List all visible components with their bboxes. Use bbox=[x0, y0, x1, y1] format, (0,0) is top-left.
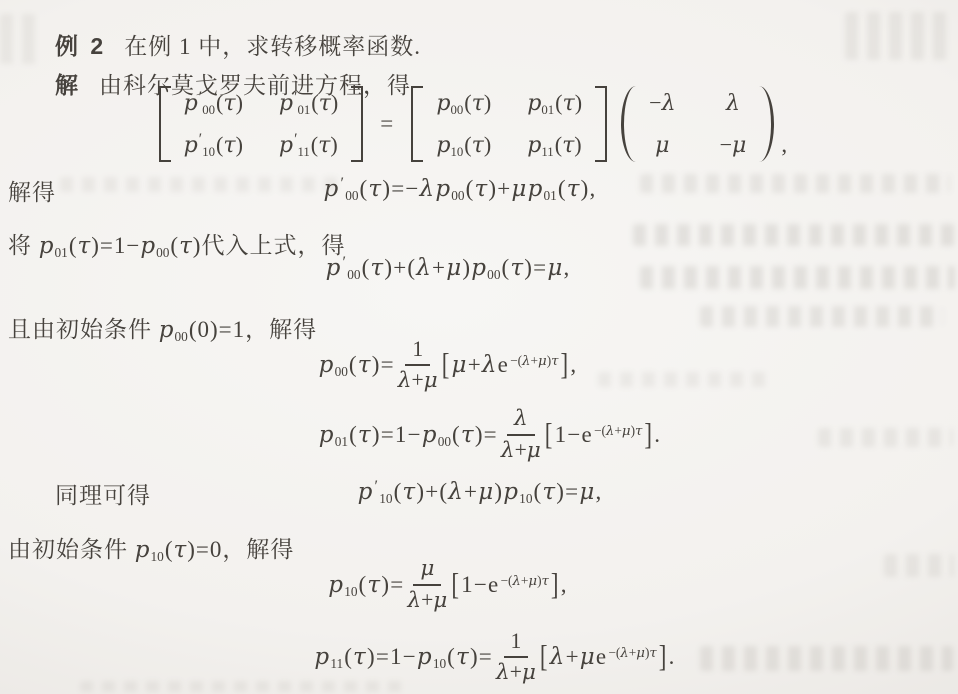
math-variable: μ bbox=[478, 479, 494, 505]
fraction-numerator: μ bbox=[413, 556, 441, 586]
math-text: ( bbox=[349, 422, 358, 447]
math-variable: τ bbox=[223, 133, 235, 158]
subscript: 00 bbox=[438, 434, 451, 449]
math-variable: λ bbox=[662, 91, 676, 116]
math-variable: τ bbox=[367, 572, 381, 598]
eq-ode-p00: p′00(τ)+(λ+μ)p00(τ)=μ, bbox=[0, 250, 927, 286]
math-variable: p bbox=[326, 255, 342, 281]
bracket: ] bbox=[561, 347, 570, 382]
subscript: 11 bbox=[541, 145, 553, 159]
math-variable: p bbox=[436, 133, 450, 158]
bracket: ] bbox=[659, 639, 668, 674]
math-text: ) bbox=[494, 479, 503, 504]
math-text: ( bbox=[555, 90, 562, 115]
subscript: 01 bbox=[297, 103, 310, 117]
math-variable: p bbox=[279, 133, 293, 158]
math-variable: τ bbox=[649, 646, 656, 661]
math-variable: p bbox=[328, 572, 344, 598]
eq-p00-solution: p00(τ)=1λ+μ[μ+λe−(λ+μ)τ], bbox=[0, 336, 927, 394]
superscript: −(λ+μ)τ bbox=[608, 645, 656, 660]
math-variable: λ bbox=[407, 588, 421, 613]
math-run: = bbox=[380, 111, 394, 137]
matrix: −λλμ−μ bbox=[621, 86, 774, 162]
subscript: 10 bbox=[202, 145, 215, 159]
fraction-numerator: 1 bbox=[405, 337, 430, 366]
math-variable: τ bbox=[563, 91, 575, 116]
math-variable: μ bbox=[420, 556, 434, 581]
math-text: , bbox=[570, 352, 577, 377]
math-variable: p bbox=[503, 479, 519, 505]
superscript: −(λ+μ)τ bbox=[500, 573, 548, 588]
math-text: + bbox=[515, 438, 527, 462]
matrix-cell: μ bbox=[655, 132, 669, 158]
similarly-label: 同理可得 bbox=[55, 477, 151, 510]
bracket: ] bbox=[551, 567, 560, 602]
math-variable: p bbox=[527, 133, 541, 158]
math-variable: τ bbox=[319, 91, 331, 116]
math-text: 1−e bbox=[461, 572, 499, 597]
eq-p11-solution: p11(τ)=1−p10(τ)=1λ+μ[λ+μe−(λ+μ)τ]. bbox=[16, 628, 958, 686]
math-text: ( bbox=[558, 176, 567, 201]
prime-mark: ′ bbox=[375, 478, 380, 495]
math-variable: λ bbox=[514, 406, 528, 431]
math-variable: λ bbox=[416, 255, 432, 281]
math-run: , bbox=[781, 132, 788, 166]
math-text: ( bbox=[447, 644, 456, 669]
bracket: [ bbox=[540, 639, 549, 674]
math-text: , bbox=[595, 479, 602, 504]
eq-p10-solution: p10(τ)=μλ+μ[1−e−(λ+μ)τ], bbox=[0, 556, 927, 614]
math-text: ( bbox=[452, 422, 461, 447]
subscript: 10 bbox=[433, 656, 446, 671]
math-text: )= bbox=[470, 644, 493, 669]
fraction-denominator: λ+μ bbox=[407, 586, 447, 614]
math-text: . bbox=[669, 644, 676, 669]
math-text: ) bbox=[575, 90, 582, 115]
math-text: + bbox=[531, 353, 539, 368]
kolmogorov-matrix-equation: p′00(τ)p′01(τ)p′10(τ)p′11(τ)=p00(τ)p01(τ… bbox=[0, 82, 949, 166]
math-variable: λ bbox=[496, 660, 510, 685]
bracket: ] bbox=[644, 417, 653, 452]
math-text: )=− bbox=[382, 176, 419, 201]
bracket: [ bbox=[451, 567, 460, 602]
math-text: )+( bbox=[384, 255, 416, 280]
math-variable: τ bbox=[456, 644, 470, 670]
subscript: 00 bbox=[202, 103, 215, 117]
math-text: + bbox=[510, 660, 522, 684]
math-run: p10(τ)= bbox=[328, 572, 404, 598]
bleedthrough-smudge bbox=[700, 306, 943, 327]
subscript: 10 bbox=[379, 491, 392, 506]
math-variable: p bbox=[319, 352, 335, 378]
math-text: ) bbox=[484, 90, 491, 115]
math-variable: λ bbox=[420, 176, 436, 202]
math-variable: p bbox=[471, 255, 487, 281]
matrix-right-bracket bbox=[759, 86, 774, 162]
math-text: ( bbox=[533, 479, 542, 504]
math-text: ) bbox=[574, 132, 581, 157]
math-run: p′00(τ)+(λ+μ)p00(τ)=μ, bbox=[326, 255, 571, 281]
math-variable: μ bbox=[622, 424, 631, 439]
math-variable: p bbox=[358, 479, 374, 505]
math-text: , bbox=[781, 132, 788, 157]
math-run: [λ+μe−(λ+μ)τ]. bbox=[539, 644, 676, 670]
matrix-grid: p′00(τ)p′01(τ)p′10(τ)p′11(τ) bbox=[171, 86, 352, 162]
math-variable: μ bbox=[528, 574, 537, 589]
math-variable: p bbox=[184, 133, 198, 158]
math-variable: τ bbox=[461, 422, 475, 448]
matrix-cell: p′00(τ) bbox=[184, 90, 243, 116]
math-variable: τ bbox=[474, 176, 488, 202]
math-variable: τ bbox=[472, 91, 484, 116]
matrix-cell: p10(τ) bbox=[436, 132, 491, 158]
eq-p00-derivative: p′00(τ)=−λp00(τ)+μp01(τ), bbox=[324, 176, 597, 202]
bleedthrough-smudge bbox=[845, 12, 950, 60]
fraction-denominator: λ+μ bbox=[398, 366, 438, 394]
math-text: −( bbox=[510, 353, 522, 368]
math-text: e bbox=[596, 644, 607, 669]
matrix-cell: p′01(τ) bbox=[279, 90, 338, 116]
math-variable: μ bbox=[636, 646, 645, 661]
matrix-cell: p′11(τ) bbox=[279, 132, 338, 158]
math-text: −( bbox=[500, 573, 512, 588]
math-variable: μ bbox=[547, 255, 563, 281]
solve-row-1-label: 解得 bbox=[8, 174, 56, 207]
matrix-cell: p′10(τ) bbox=[184, 132, 243, 158]
math-variable: p bbox=[435, 176, 451, 202]
math-text: 1−e bbox=[555, 422, 593, 447]
subscript: 10 bbox=[344, 584, 357, 599]
math-text: ( bbox=[311, 90, 318, 115]
math-text: ) bbox=[236, 132, 243, 157]
math-text: e bbox=[498, 352, 509, 377]
prime-mark: ′ bbox=[340, 175, 345, 192]
math-variable: μ bbox=[511, 176, 527, 202]
fraction-numerator: 1 bbox=[504, 629, 529, 658]
math-variable: μ bbox=[446, 255, 462, 281]
math-variable: p bbox=[527, 91, 541, 116]
math-variable: λ bbox=[620, 646, 628, 661]
math-variable: λ bbox=[448, 479, 464, 505]
math-text: 1 bbox=[511, 629, 522, 653]
math-text: ( bbox=[464, 132, 471, 157]
math-text: + bbox=[614, 423, 622, 438]
math-text: )= bbox=[372, 352, 395, 377]
subscript: 00 bbox=[345, 188, 358, 203]
math-text: ) bbox=[331, 90, 338, 115]
matrix-cell: −λ bbox=[649, 90, 675, 116]
fraction: λλ+μ bbox=[501, 406, 541, 464]
math-text: − bbox=[720, 132, 732, 157]
matrix-cell: −μ bbox=[720, 132, 747, 158]
math-text: ) bbox=[484, 132, 491, 157]
math-text: − bbox=[649, 90, 661, 115]
math-variable: p bbox=[314, 644, 330, 670]
matrix-cell: λ bbox=[726, 90, 740, 116]
math-text: + bbox=[468, 352, 482, 377]
math-run: [1−e−(λ+μ)τ], bbox=[450, 572, 567, 598]
matrix-cell: p00(τ) bbox=[436, 90, 491, 116]
math-variable: μ bbox=[580, 644, 596, 670]
math-variable: τ bbox=[370, 255, 384, 281]
math-text: −( bbox=[608, 645, 620, 660]
example-2-text: 在例 1 中，求转移概率函数. bbox=[124, 34, 421, 59]
math-text: )= bbox=[524, 255, 547, 280]
math-text: + bbox=[421, 588, 433, 612]
superscript: −(λ+μ)τ bbox=[510, 353, 558, 368]
math-variable: μ bbox=[433, 588, 447, 613]
fraction: 1λ+μ bbox=[496, 629, 536, 686]
math-variable: τ bbox=[318, 133, 330, 158]
math-variable: μ bbox=[527, 438, 541, 463]
math-text: )=1− bbox=[372, 422, 422, 447]
math-variable: λ bbox=[726, 91, 740, 116]
math-text: )+ bbox=[488, 176, 511, 201]
math-variable: p bbox=[184, 91, 198, 116]
math-text: ) bbox=[236, 90, 243, 115]
matrix-left-bracket bbox=[411, 86, 423, 162]
math-variable: μ bbox=[655, 133, 669, 158]
math-text: 1 bbox=[412, 337, 423, 361]
math-text: 在例 1 中，求转移概率函数. bbox=[124, 34, 421, 59]
example-2-heading: 例 2在例 1 中，求转移概率函数. bbox=[55, 31, 421, 62]
math-variable: τ bbox=[542, 479, 556, 505]
math-variable: τ bbox=[472, 133, 484, 158]
subscript: 00 bbox=[335, 364, 348, 379]
math-variable: λ bbox=[482, 352, 498, 378]
math-variable: p bbox=[319, 422, 335, 448]
math-variable: τ bbox=[368, 176, 382, 202]
math-variable: μ bbox=[538, 354, 547, 369]
math-variable: τ bbox=[223, 91, 235, 116]
math-text: )= bbox=[381, 572, 404, 597]
matrix-grid: p00(τ)p01(τ)p10(τ)p11(τ) bbox=[423, 86, 595, 162]
math-text: ( bbox=[501, 255, 510, 280]
math-variable: τ bbox=[542, 574, 549, 589]
math-text: )+( bbox=[416, 479, 448, 504]
subscript: 01 bbox=[541, 103, 554, 117]
subscript: 00 bbox=[451, 188, 464, 203]
fraction: μλ+μ bbox=[407, 556, 447, 614]
math-variable: τ bbox=[635, 424, 642, 439]
fraction-denominator: λ+μ bbox=[501, 436, 541, 464]
fraction: 1λ+μ bbox=[398, 337, 438, 394]
matrix-cell: p11(τ) bbox=[527, 132, 581, 158]
eq-ode-p10: p′10(τ)+(λ+μ)p10(τ)=μ, bbox=[358, 479, 603, 505]
bracket: [ bbox=[442, 347, 451, 382]
math-text: + bbox=[566, 644, 580, 669]
math-variable: τ bbox=[510, 255, 524, 281]
math-text: ( bbox=[464, 90, 471, 115]
matrix-left-bracket bbox=[159, 86, 171, 162]
math-variable: p bbox=[528, 176, 544, 202]
math-variable: p bbox=[436, 91, 450, 116]
bleedthrough-smudge bbox=[633, 224, 955, 246]
matrix-right-bracket bbox=[351, 86, 363, 162]
math-variable: τ bbox=[562, 133, 574, 158]
subscript: 10 bbox=[519, 491, 532, 506]
math-text: )= bbox=[556, 479, 579, 504]
math-text: ( bbox=[360, 176, 369, 201]
scanned-textbook-page: 例 2在例 1 中，求转移概率函数. 解由科尔莫戈罗夫前进方程，得 p′00(τ… bbox=[0, 0, 958, 694]
matrix-cell: p01(τ) bbox=[527, 90, 582, 116]
math-text: = bbox=[380, 111, 394, 136]
math-text: . bbox=[654, 422, 661, 447]
math-variable: μ bbox=[732, 133, 746, 158]
matrix-left-bracket bbox=[621, 86, 636, 162]
subscript: 00 bbox=[487, 267, 500, 282]
math-variable: τ bbox=[567, 176, 581, 202]
matrix-right-bracket bbox=[595, 86, 607, 162]
math-variable: p bbox=[422, 422, 438, 448]
subscript: 00 bbox=[347, 267, 360, 282]
math-variable: τ bbox=[358, 352, 372, 378]
math-text: ( bbox=[555, 132, 562, 157]
math-run: p11(τ)=1−p10(τ)= bbox=[314, 644, 493, 670]
math-variable: τ bbox=[353, 644, 367, 670]
math-text: ( bbox=[466, 176, 475, 201]
math-run: p′10(τ)+(λ+μ)p10(τ)=μ, bbox=[358, 479, 603, 505]
subscript: 10 bbox=[451, 145, 464, 159]
math-text: ) bbox=[462, 255, 471, 280]
math-text: −( bbox=[594, 423, 606, 438]
math-variable: τ bbox=[551, 354, 558, 369]
math-text: , bbox=[561, 572, 568, 597]
math-text: ), bbox=[581, 176, 597, 201]
subscript: 01 bbox=[544, 188, 557, 203]
subscript: 11 bbox=[297, 145, 309, 159]
matrix: p′00(τ)p′01(τ)p′10(τ)p′11(τ) bbox=[159, 86, 364, 162]
fraction-denominator: λ+μ bbox=[496, 658, 536, 686]
fraction-numerator: λ bbox=[507, 406, 535, 436]
math-text: ( bbox=[349, 352, 358, 377]
math-text: ( bbox=[394, 479, 403, 504]
matrix: p00(τ)p01(τ)p10(τ)p11(τ) bbox=[411, 86, 607, 162]
math-variable: λ bbox=[522, 354, 530, 369]
math-text: ) bbox=[330, 132, 337, 157]
math-variable: λ bbox=[501, 438, 515, 463]
math-variable: λ bbox=[550, 644, 566, 670]
math-text: + bbox=[432, 255, 446, 280]
bleedthrough-smudge bbox=[0, 14, 42, 64]
example-2-label: 例 2 bbox=[55, 33, 106, 59]
math-run: [1−e−(λ+μ)τ]. bbox=[544, 422, 661, 448]
math-variable: μ bbox=[522, 660, 536, 685]
matrix-grid: −λλμ−μ bbox=[636, 86, 759, 162]
math-variable: p bbox=[279, 91, 293, 116]
math-text: + bbox=[411, 368, 423, 392]
math-variable: μ bbox=[452, 352, 468, 378]
math-text: ( bbox=[344, 644, 353, 669]
solve-row-1: 解得 p′00(τ)=−λp00(τ)+μp01(τ), bbox=[0, 172, 958, 206]
subscript: 00 bbox=[451, 103, 464, 117]
math-text: )=1− bbox=[367, 644, 417, 669]
eq-p01-solution: p01(τ)=1−p00(τ)=λλ+μ[1−e−(λ+μ)τ]. bbox=[11, 406, 958, 464]
bracket: [ bbox=[545, 417, 554, 452]
math-variable: τ bbox=[358, 422, 372, 448]
math-text: , bbox=[563, 255, 570, 280]
subscript: 11 bbox=[330, 656, 343, 671]
math-variable: μ bbox=[424, 368, 438, 393]
math-variable: p bbox=[417, 644, 433, 670]
math-run: [μ+λe−(λ+μ)τ], bbox=[441, 352, 578, 378]
math-text: + bbox=[464, 479, 478, 504]
math-run: p01(τ)=1−p00(τ)= bbox=[319, 422, 498, 448]
math-run: p00(τ)= bbox=[319, 352, 395, 378]
similarly-row: 同理可得 p′10(τ)+(λ+μ)p10(τ)=μ, bbox=[0, 475, 958, 509]
math-variable: μ bbox=[579, 479, 595, 505]
math-variable: λ bbox=[512, 574, 520, 589]
math-run: p′00(τ)=−λp00(τ)+μp01(τ), bbox=[324, 176, 597, 202]
math-variable: p bbox=[324, 176, 340, 202]
math-text: )= bbox=[475, 422, 498, 447]
math-variable: λ bbox=[398, 368, 412, 393]
subscript: 01 bbox=[335, 434, 348, 449]
math-variable: τ bbox=[402, 479, 416, 505]
superscript: −(λ+μ)τ bbox=[594, 423, 642, 438]
